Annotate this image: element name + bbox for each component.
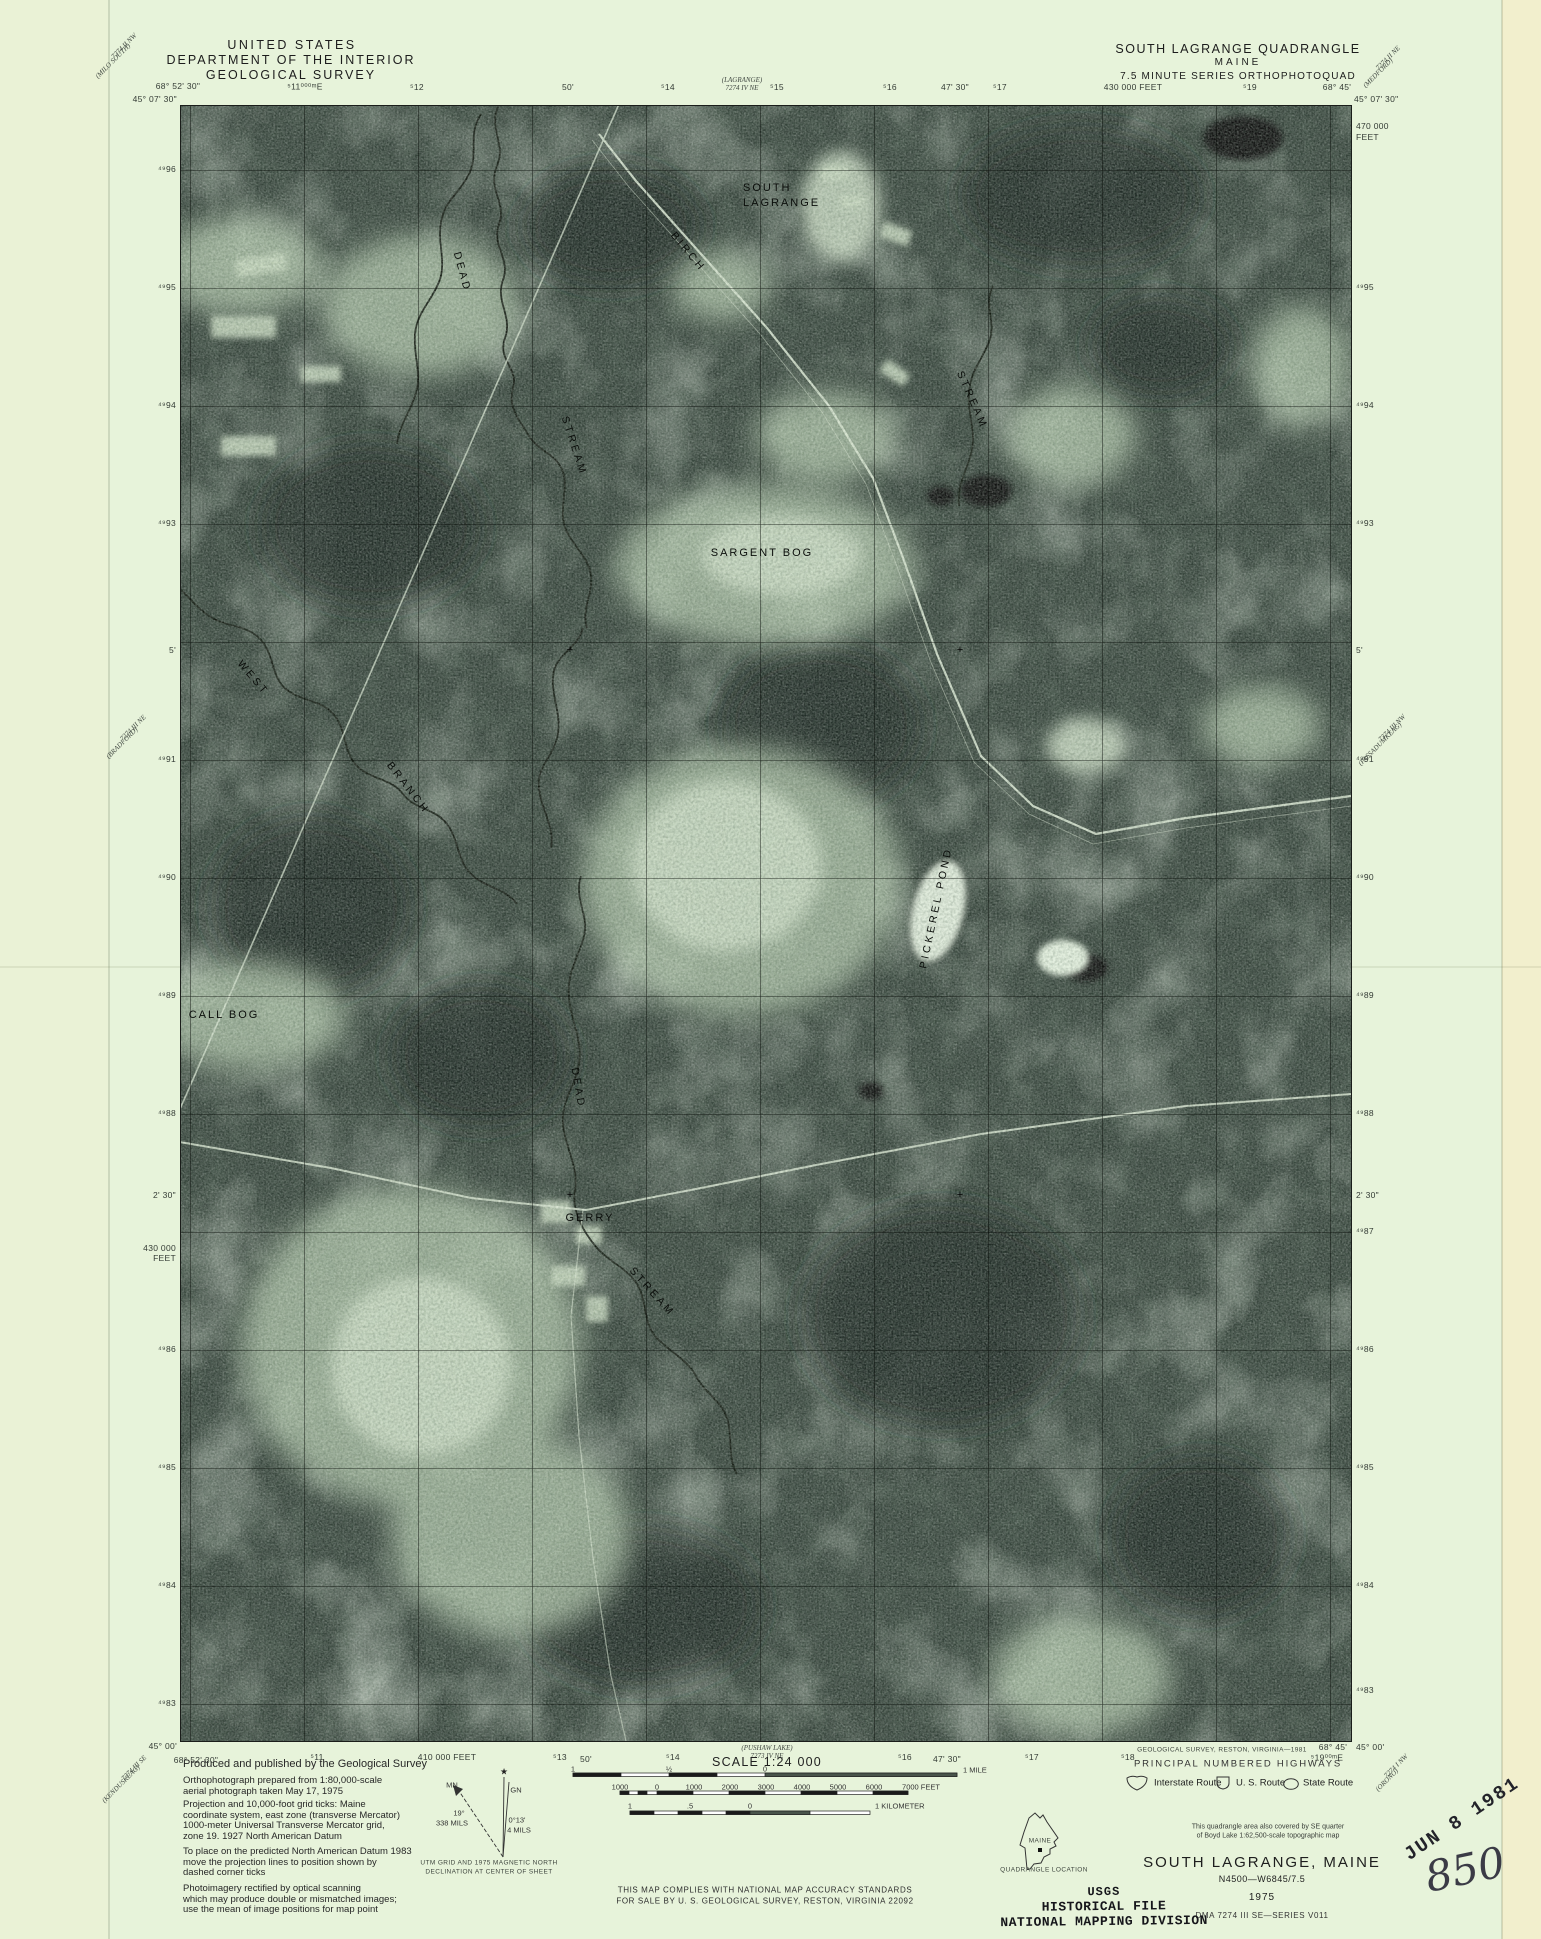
- label-91: ⁴⁹91: [1356, 754, 1374, 764]
- label-7374-iii-nw: 7374 III NW: [1377, 713, 1407, 743]
- label-medford: (MEDFORD): [1362, 57, 1395, 90]
- label-15: ⁵15: [770, 82, 784, 92]
- label-47-30: 47' 30": [933, 1754, 961, 1764]
- label-94: ⁴⁹94: [158, 400, 176, 410]
- us-route-shield-icon: [1215, 1776, 1231, 1790]
- label-7274-iii-se: 7274 III SE: [120, 1754, 148, 1782]
- header-department: DEPARTMENT OF THE INTERIOR: [166, 53, 415, 67]
- label-93: ⁴⁹93: [158, 518, 176, 528]
- photoimagery-note: Photoimagery rectified by optical scanni…: [183, 1884, 397, 1916]
- label-17: ⁵17: [1025, 1752, 1039, 1762]
- accuracy-statement-line1: THIS MAP COMPLIES WITH NATIONAL MAP ACCU…: [618, 1886, 913, 1895]
- label-17: ⁵17: [993, 82, 1007, 92]
- label-90: ⁴⁹90: [1356, 872, 1374, 882]
- label-principal-numbered-highways: PRINCIPAL NUMBERED HIGHWAYS: [1134, 1759, 1342, 1770]
- label-declination-at-center-of-sheet: DECLINATION AT CENTER OF SHEET: [425, 1869, 552, 1876]
- label-7274-ii-ne: 7274 II NE: [1374, 44, 1402, 72]
- state-route-oval-icon: [1283, 1778, 1299, 1790]
- accuracy-statement-line2: FOR SALE BY U. S. GEOLOGICAL SURVEY, RES…: [616, 1897, 913, 1906]
- label-11-e: ⁵11⁰⁰⁰ᵐE: [287, 82, 323, 93]
- sheet-year: 1975: [1249, 1892, 1275, 1903]
- label-47-30: 47' 30": [941, 82, 969, 92]
- label-14: ⁵14: [666, 1752, 680, 1762]
- label-feet: FEET: [153, 1253, 176, 1263]
- label-45-07-30: 45° 07' 30": [133, 94, 177, 104]
- label-88: ⁴⁹88: [1356, 1108, 1374, 1118]
- label-84: ⁴⁹84: [158, 1580, 176, 1590]
- scale-bars: [555, 1765, 1025, 1825]
- label-lagrange: (LAGRANGE): [722, 76, 762, 84]
- label-83: ⁴⁹83: [158, 1698, 176, 1708]
- label-84: ⁴⁹84: [1356, 1580, 1374, 1590]
- label-13: ⁵13: [553, 1752, 567, 1762]
- label-this-quadrangle-area-also-covered-by-se-quarter: This quadrangle area also covered by SE …: [1192, 1824, 1345, 1831]
- label-12: ⁵12: [410, 82, 424, 92]
- produced-note: Produced and published by the Geological…: [183, 1759, 427, 1770]
- label-45-00: 45° 00': [149, 1741, 177, 1751]
- label-7274-i-nw: 7274 I NW: [1382, 1752, 1409, 1779]
- label-u-s-route: U. S. Route: [1236, 1778, 1285, 1789]
- header-quad-state: MAINE: [1215, 57, 1262, 68]
- label-2-30: 2' 30": [153, 1190, 176, 1200]
- label-state-route: State Route: [1303, 1778, 1353, 1789]
- sheet-id: N4500—W6845/7.5: [1219, 1874, 1306, 1884]
- label-geological-survey-reston-virginia-1981: GEOLOGICAL SURVEY, RESTON, VIRGINIA—1981: [1137, 1747, 1307, 1754]
- interstate-shield-icon: [1126, 1774, 1148, 1791]
- label-5: 5': [169, 645, 176, 655]
- label-85: ⁴⁹85: [1356, 1462, 1374, 1472]
- label-86: ⁴⁹86: [158, 1344, 176, 1354]
- label-90: ⁴⁹90: [158, 872, 176, 882]
- label-16: ⁵16: [883, 82, 897, 92]
- label-7274-iii-ne: 7274 III NE: [118, 713, 147, 742]
- label-18: ⁵18: [1121, 1752, 1135, 1762]
- label-83: ⁴⁹83: [1356, 1685, 1374, 1695]
- label-orono: (ORONO): [1374, 1767, 1400, 1793]
- label-95: ⁴⁹95: [1356, 282, 1374, 292]
- paper-margin-left: [0, 0, 108, 1939]
- label-50: 50': [580, 1754, 592, 1764]
- fold-line: [108, 0, 110, 1939]
- label-68-45: 68° 45': [1323, 82, 1351, 92]
- label-430-000: 430 000: [143, 1243, 176, 1253]
- label-19: ⁵19: [1243, 82, 1257, 92]
- orthophoto-map-area: [180, 105, 1352, 1742]
- label-of-boyd-lake-1-62-500-scale-topographic-map: of Boyd Lake 1:62,500-scale topographic …: [1197, 1833, 1340, 1840]
- label-19-e: ⁵19⁰⁰ᵐE: [1311, 1753, 1343, 1764]
- label-93: ⁴⁹93: [1356, 518, 1374, 528]
- label-7274-ii-nw: 7274 II NW: [110, 32, 139, 61]
- label-interstate-route: Interstate Route: [1154, 1778, 1222, 1789]
- orthophoto-note: Orthophotograph prepared from 1:80,000-s…: [183, 1776, 382, 1797]
- label-68-45: 68° 45': [1319, 1742, 1347, 1752]
- sheet-dma-reference: DMA 7274 III SE—SERIES V011: [1196, 1911, 1329, 1920]
- header-quad-series: 7.5 MINUTE SERIES ORTHOPHOTOQUAD: [1120, 71, 1356, 82]
- label-88: ⁴⁹88: [158, 1108, 176, 1118]
- label-68-52-30: 68° 52' 30": [156, 81, 200, 91]
- label-91: ⁴⁹91: [158, 754, 176, 764]
- label-7273-iv-ne: 7273 IV NE: [751, 1752, 784, 1760]
- label-95: ⁴⁹95: [158, 282, 176, 292]
- label-45-00: 45° 00': [1356, 1742, 1384, 1752]
- paper-margin-right: [1502, 0, 1541, 1939]
- label-87: ⁴⁹87: [1356, 1226, 1374, 1236]
- utm-grid-lines: [181, 106, 1351, 1741]
- map-sheet-page: UNITED STATES DEPARTMENT OF THE INTERIOR…: [0, 0, 1541, 1939]
- label-45-07-30: 45° 07' 30": [1354, 94, 1398, 104]
- label-430-000-feet: 430 000 FEET: [1104, 82, 1162, 92]
- label-89: ⁴⁹89: [1356, 990, 1374, 1000]
- sheet-title: SOUTH LAGRANGE, MAINE: [1143, 1854, 1381, 1871]
- label-passadumkeag: (PASSADUMKEAG): [1357, 721, 1404, 768]
- label-14: ⁵14: [661, 82, 675, 92]
- label-94: ⁴⁹94: [1356, 400, 1374, 410]
- usgs-historical-stamp: USGS HISTORICAL FILE NATIONAL MAPPING DI…: [1000, 1884, 1208, 1930]
- label-96: ⁴⁹96: [158, 164, 176, 174]
- header-quad-title: SOUTH LAGRANGE QUADRANGLE: [1115, 42, 1360, 56]
- usgs-stamp-line3: NATIONAL MAPPING DIVISION: [1000, 1913, 1208, 1930]
- header-survey: GEOLOGICAL SURVEY: [206, 68, 376, 82]
- label-85: ⁴⁹85: [158, 1462, 176, 1472]
- label-50: 50': [562, 82, 574, 92]
- label-2-30: 2' 30": [1356, 1190, 1379, 1200]
- label-16: ⁵16: [898, 1752, 912, 1762]
- label-5: 5': [1356, 645, 1363, 655]
- header-united-states: UNITED STATES: [227, 38, 356, 52]
- maine-outline: [1014, 1812, 1066, 1872]
- label-feet: FEET: [1356, 132, 1379, 142]
- projection-note: Projection and 10,000-foot grid ticks: M…: [183, 1800, 400, 1842]
- label-86: ⁴⁹86: [1356, 1344, 1374, 1354]
- datum-note: To place on the predicted North American…: [183, 1847, 412, 1879]
- label-470-000: 470 000: [1356, 121, 1389, 131]
- label-89: ⁴⁹89: [158, 990, 176, 1000]
- fold-line: [1501, 0, 1503, 1939]
- quadrangle-location-dot: [1038, 1848, 1042, 1852]
- label-pushaw-lake: (PUSHAW LAKE): [741, 1744, 792, 1752]
- label-7274-iv-ne: 7274 IV NE: [726, 84, 759, 92]
